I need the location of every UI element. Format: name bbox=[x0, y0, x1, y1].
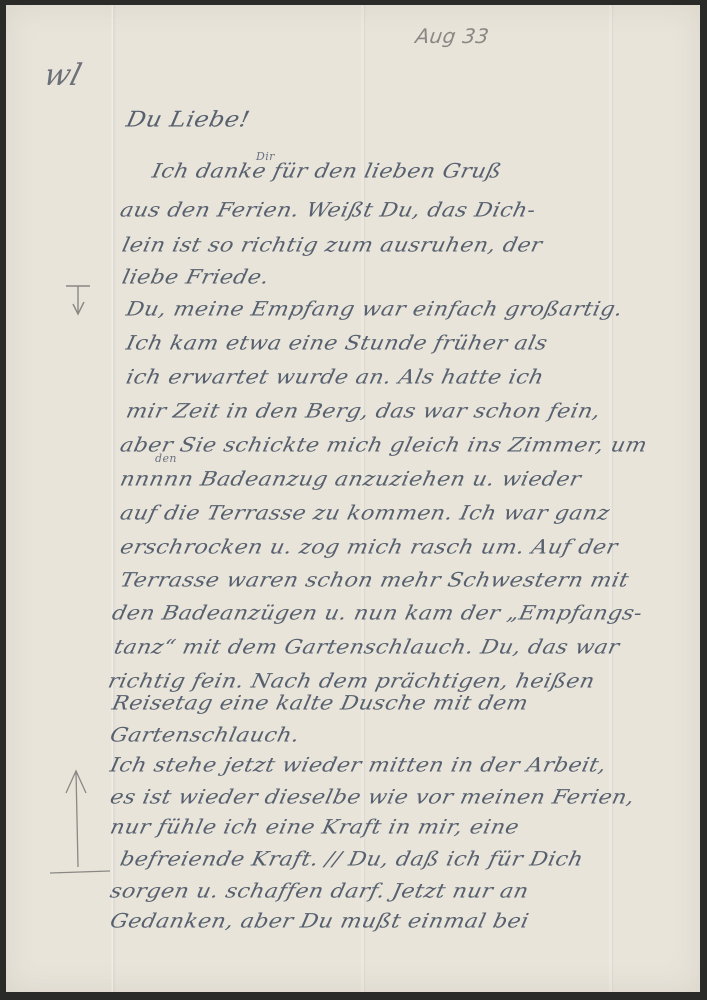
letter-line: aber Sie schickte mich gleich ins Zimmer… bbox=[118, 435, 649, 458]
letter-line: mir Zeit in den Berg, das war schon fein… bbox=[124, 401, 603, 424]
letter-line: erschrocken u. zog mich rasch um. Auf de… bbox=[118, 537, 620, 560]
letter-line: befreiende Kraft. // Du, daß ich für Dic… bbox=[118, 849, 585, 872]
letter-line: aus den Ferien. Weißt Du, das Dich- bbox=[118, 200, 538, 223]
letter-line: tanz“ mit dem Gartenschlauch. Du, das wa… bbox=[112, 637, 621, 660]
letter-line: Terrasse waren schon mehr Schwestern mit bbox=[118, 570, 631, 593]
letter-line: Du, meine Empfang war einfach großartig. bbox=[124, 299, 625, 322]
up-arrow-bracket-mark-icon bbox=[48, 765, 118, 880]
down-arrow-mark-icon bbox=[60, 280, 100, 320]
letter-line: sorgen u. schaffen darf. Jetzt nur an bbox=[108, 881, 531, 904]
letter-line: ich erwartet wurde an. Als hatte ich bbox=[124, 367, 546, 390]
letter-line: Ich danke für den lieben Gruß bbox=[150, 161, 504, 184]
letter-line: es ist wieder dieselbe wie vor meinen Fe… bbox=[108, 787, 636, 810]
letter-line: Gartenschlauch. bbox=[108, 725, 302, 748]
letter-line: Ich kam etwa eine Stunde früher als bbox=[124, 333, 550, 356]
letter-line: lein ist so richtig zum ausruhen, der bbox=[120, 235, 544, 258]
fold-line bbox=[363, 5, 365, 992]
letter-line: den Badeanzügen u. nun kam der „Empfangs… bbox=[110, 603, 644, 626]
salutation: Du Liebe! bbox=[124, 107, 252, 132]
letter-line: Gedanken, aber Du mußt einmal bei bbox=[108, 911, 531, 934]
fold-line bbox=[611, 5, 613, 992]
letter-line: auf die Terrasse zu kommen. Ich war ganz bbox=[118, 503, 612, 526]
letter-line: liebe Friede. bbox=[120, 267, 271, 290]
letter-line: nnnnn Badeanzug anzuziehen u. wieder bbox=[118, 469, 583, 492]
date-annotation: Aug 33 bbox=[414, 24, 491, 48]
letter-line: Ich stehe jetzt wieder mitten in der Arb… bbox=[108, 755, 608, 778]
letter-line: Reisetag eine kalte Dusche mit dem bbox=[110, 693, 530, 716]
letter-line: richtig fein. Nach dem prächtigen, heiße… bbox=[106, 671, 597, 694]
letter-line: nur fühle ich eine Kraft in mir, eine bbox=[108, 817, 521, 840]
